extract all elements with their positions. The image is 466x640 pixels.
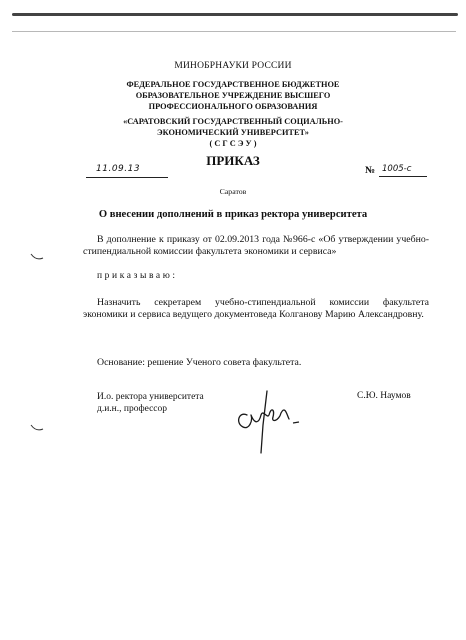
university-abbr: ( С Г С Э У ) (0, 138, 466, 149)
signatory-degree: д.и.н., профессор (97, 403, 204, 415)
institution-line: ФЕДЕРАЛЬНОЕ ГОСУДАРСТВЕННОЕ БЮДЖЕТНОЕ (0, 79, 466, 90)
margin-tick-icon (30, 253, 44, 261)
scanner-edge-line (12, 31, 456, 32)
city: Саратов (0, 187, 466, 196)
institution-line: ОБРАЗОВАТЕЛЬНОЕ УЧРЕЖДЕНИЕ ВЫСШЕГО (0, 90, 466, 101)
signatory-name: С.Ю. Наумов (357, 391, 411, 401)
university-line: «САРАТОВСКИЙ ГОСУДАРСТВЕННЫЙ СОЦИАЛЬНО- (0, 116, 466, 127)
university-name: «САРАТОВСКИЙ ГОСУДАРСТВЕННЫЙ СОЦИАЛЬНО- … (0, 116, 466, 149)
signatory-position: И.о. ректора университета (97, 391, 204, 403)
number-value: 1005-с (379, 164, 427, 177)
institution-type: ФЕДЕРАЛЬНОЕ ГОСУДАРСТВЕННОЕ БЮДЖЕТНОЕ ОБ… (0, 79, 466, 112)
number-sign: № (365, 165, 375, 176)
order-word: приказываю: (97, 271, 178, 281)
scanner-edge (12, 13, 458, 16)
basis-line: Основание: решение Ученого совета факуль… (97, 357, 301, 368)
intro-paragraph: В дополнение к приказу от 02.09.2013 год… (83, 234, 429, 257)
ministry-name: МИНОБРНАУКИ РОССИИ (0, 61, 466, 71)
margin-tick-icon (30, 424, 44, 432)
university-line: ЭКОНОМИЧЕСКИЙ УНИВЕРСИТЕТ» (0, 127, 466, 138)
date-value: 11.09.13 (96, 164, 140, 174)
institution-line: ПРОФЕССИОНАЛЬНОГО ОБРАЗОВАНИЯ (0, 101, 466, 112)
date-field: 11.09.13 (86, 163, 168, 178)
directive-paragraph: Назначить секретарем учебно-стипендиальн… (83, 297, 429, 320)
number-field: № 1005-с (365, 164, 431, 178)
signatory-title: И.о. ректора университета д.и.н., профес… (97, 391, 204, 415)
handwritten-signature-icon (231, 385, 301, 455)
subject-heading: О внесении дополнений в приказ ректора у… (0, 209, 466, 220)
